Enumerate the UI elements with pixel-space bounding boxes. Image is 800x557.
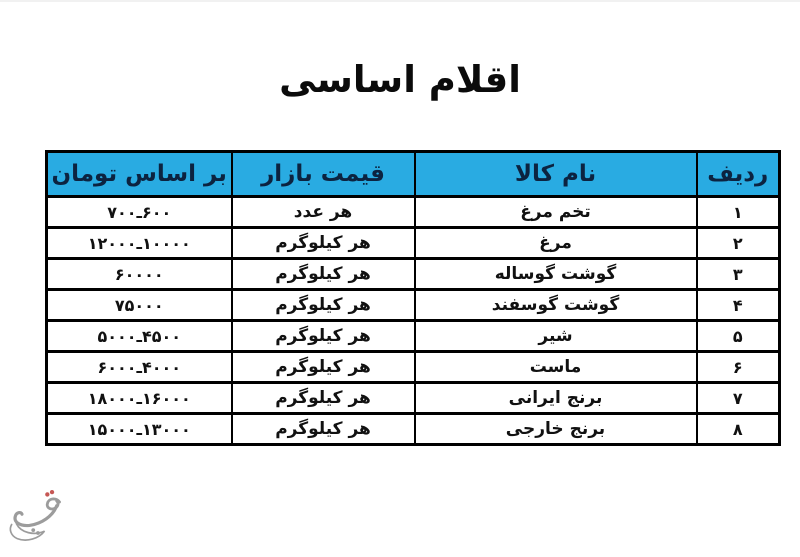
cell-market-price-unit: هر کیلوگرم [232, 228, 415, 259]
cell-market-price-unit: هر کیلوگرم [232, 290, 415, 321]
cell-price-toman: ۴۰۰۰ـ۶۰۰۰ [47, 352, 232, 383]
cell-item-name: گوشت گوسفند [415, 290, 697, 321]
table-header-row: ردیف نام کالا قیمت بازار بر اساس تومان [47, 152, 780, 197]
col-header-market-price: قیمت بازار [232, 152, 415, 197]
cell-market-price-unit: هر کیلوگرم [232, 259, 415, 290]
table-row: ۴گوشت گوسفندهر کیلوگرم۷۵۰۰۰ [47, 290, 780, 321]
cell-price-toman: ۱۳۰۰۰ـ۱۵۰۰۰ [47, 414, 232, 445]
cell-market-price-unit: هر کیلوگرم [232, 321, 415, 352]
cell-price-toman: ۴۵۰۰ـ۵۰۰۰ [47, 321, 232, 352]
cell-row-number: ۳ [697, 259, 780, 290]
table-row: ۷برنج ایرانیهر کیلوگرم۱۶۰۰۰ـ۱۸۰۰۰ [47, 383, 780, 414]
cell-price-toman: ۱۶۰۰۰ـ۱۸۰۰۰ [47, 383, 232, 414]
cell-row-number: ۶ [697, 352, 780, 383]
cell-price-toman: ۷۵۰۰۰ [47, 290, 232, 321]
cell-price-toman: ۶۰۰۰۰ [47, 259, 232, 290]
cell-market-price-unit: هر کیلوگرم [232, 414, 415, 445]
col-header-row-number: ردیف [697, 152, 780, 197]
col-header-based-on-toman: بر اساس تومان [47, 152, 232, 197]
cell-item-name: ماست [415, 352, 697, 383]
cell-market-price-unit: هر عدد [232, 197, 415, 228]
table-row: ۶ماستهر کیلوگرم۴۰۰۰ـ۶۰۰۰ [47, 352, 780, 383]
cell-row-number: ۲ [697, 228, 780, 259]
cell-row-number: ۴ [697, 290, 780, 321]
basic-items-table: ردیف نام کالا قیمت بازار بر اساس تومان ۱… [45, 150, 781, 446]
cell-item-name: شیر [415, 321, 697, 352]
cell-item-name: گوشت گوساله [415, 259, 697, 290]
cell-item-name: تخم مرغ [415, 197, 697, 228]
cell-market-price-unit: هر کیلوگرم [232, 383, 415, 414]
cell-item-name: برنج ایرانی [415, 383, 697, 414]
page-background: اقلام اساسی ردیف نام کالا قیمت بازار بر … [0, 2, 800, 557]
table-row: ۸برنج خارجیهر کیلوگرم۱۳۰۰۰ـ۱۵۰۰۰ [47, 414, 780, 445]
cell-row-number: ۷ [697, 383, 780, 414]
cell-item-name: برنج خارجی [415, 414, 697, 445]
table-row: ۳گوشت گوسالههر کیلوگرم۶۰۰۰۰ [47, 259, 780, 290]
cell-row-number: ۱ [697, 197, 780, 228]
table-row: ۵شیرهر کیلوگرم۴۵۰۰ـ۵۰۰۰ [47, 321, 780, 352]
table-row: ۱تخم مرغهر عدد۶۰۰ـ۷۰۰ [47, 197, 780, 228]
cell-market-price-unit: هر کیلوگرم [232, 352, 415, 383]
tasnim-logo [6, 486, 68, 548]
cell-row-number: ۸ [697, 414, 780, 445]
cell-row-number: ۵ [697, 321, 780, 352]
page-title: اقلام اساسی [0, 58, 800, 101]
cell-item-name: مرغ [415, 228, 697, 259]
cell-price-toman: ۱۰۰۰۰ـ۱۲۰۰۰ [47, 228, 232, 259]
cell-price-toman: ۶۰۰ـ۷۰۰ [47, 197, 232, 228]
col-header-item-name: نام کالا [415, 152, 697, 197]
table-row: ۲مرغهر کیلوگرم۱۰۰۰۰ـ۱۲۰۰۰ [47, 228, 780, 259]
